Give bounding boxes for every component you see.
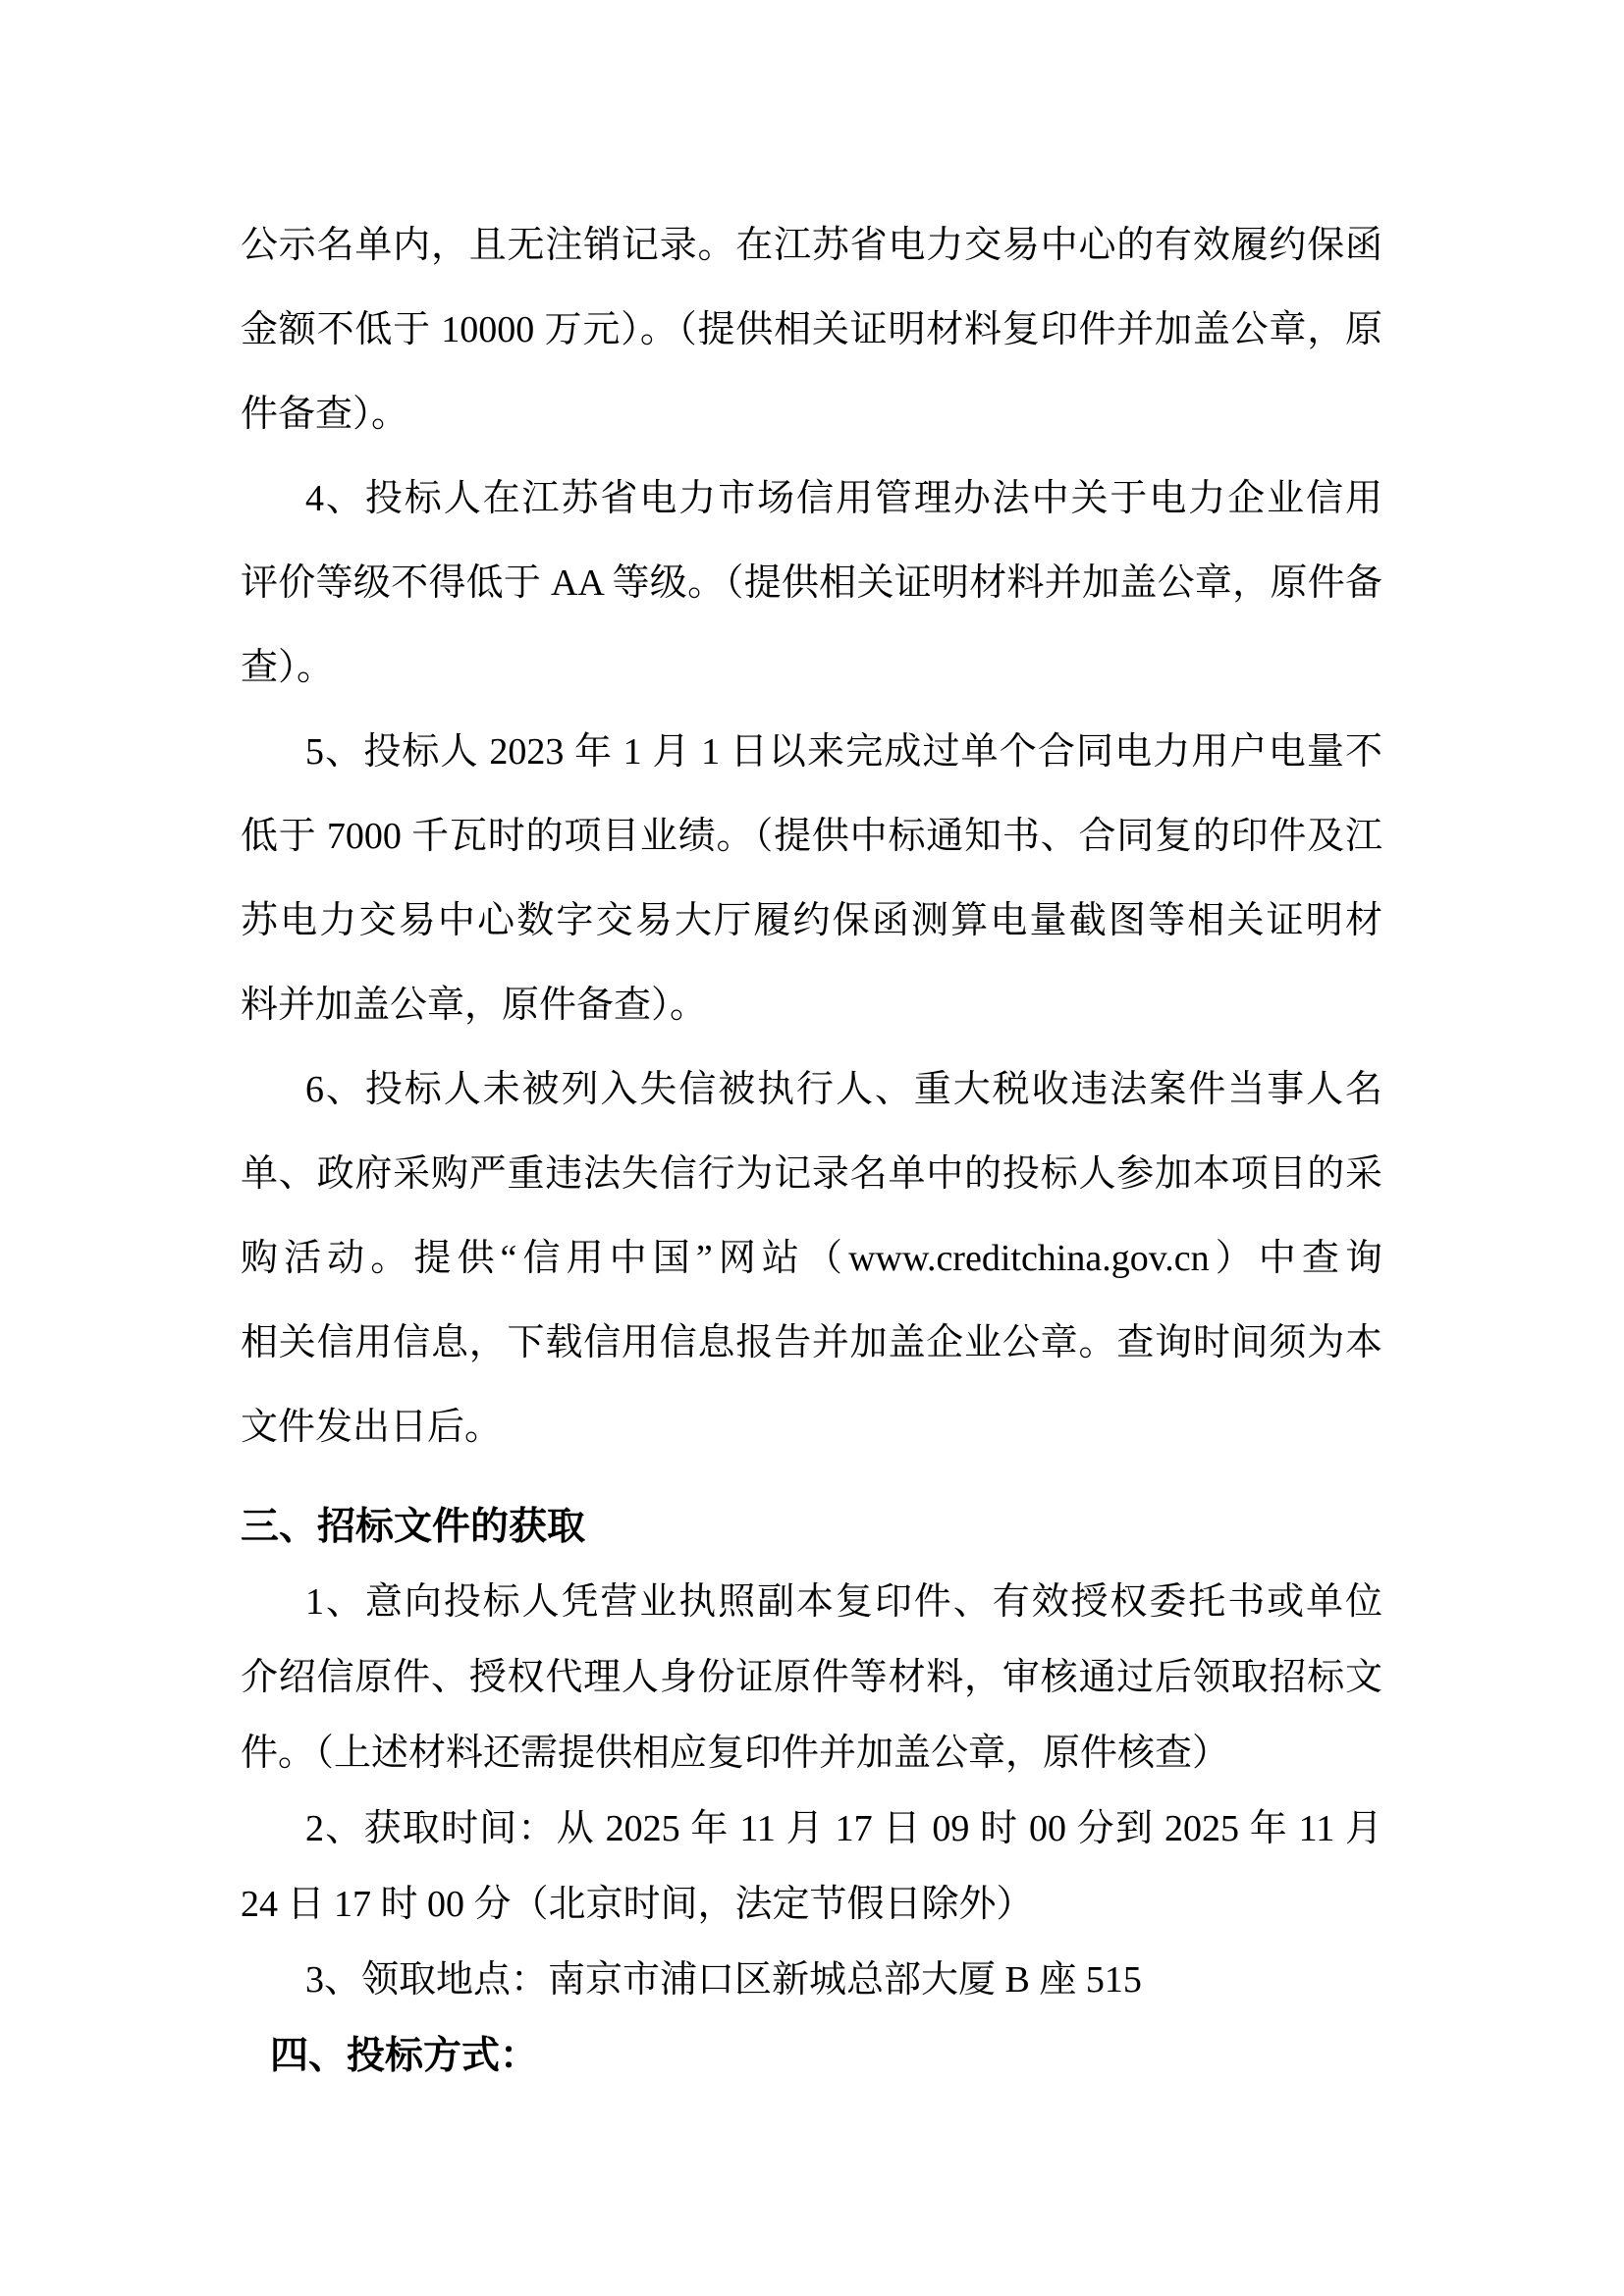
doc-line: 6、投标人未被列入失信被执行人、重大税收违法案件当事人名 [241, 1047, 1382, 1132]
doc-line: 评价等级不得低于 AA 等级。（提供相关证明材料并加盖公章，原件备 [241, 541, 1382, 625]
doc-line: 4、投标人在江苏省电力市场信用管理办法中关于电力企业信用 [241, 456, 1382, 541]
doc-line: 5、投标人 2023 年 1 月 1 日以来完成过单个合同电力用户电量不 [241, 710, 1382, 794]
doc-line: 24 日 17 时 00 分（北京时间，法定节假日除外） [241, 1867, 1382, 1943]
doc-line: 低于 7000 千瓦时的项目业绩。（提供中标通知书、合同复的印件及江 [241, 794, 1382, 879]
doc-line: 公示名单内，且无注销记录。在江苏省电力交易中心的有效履约保函 [241, 203, 1382, 288]
doc-line: 相关信用信息，下载信用信息报告并加盖企业公章。查询时间须为本 [241, 1301, 1382, 1385]
doc-line: 2、获取时间：从 2025 年 11 月 17 日 09 时 00 分到 202… [241, 1791, 1382, 1867]
doc-line: 件备查）。 [241, 372, 1382, 456]
section-heading-4: 四、投标方式： [241, 2018, 1382, 2094]
doc-line: 介绍信原件、授权代理人身份证原件等材料，审核通过后领取招标文 [241, 1640, 1382, 1716]
section-heading-3: 三、招标文件的获取 [241, 1489, 1382, 1565]
document-page: 公示名单内，且无注销记录。在江苏省电力交易中心的有效履约保函 金额不低于 100… [0, 0, 1624, 2296]
doc-line: 1、意向投标人凭营业执照副本复印件、有效授权委托书或单位 [241, 1565, 1382, 1640]
document-content: 公示名单内，且无注销记录。在江苏省电力交易中心的有效履约保函 金额不低于 100… [0, 0, 1624, 2094]
doc-line: 查）。 [241, 625, 1382, 710]
doc-line: 苏电力交易中心数字交易大厅履约保函测算电量截图等相关证明材 [241, 879, 1382, 963]
doc-line: 文件发出日后。 [241, 1385, 1382, 1469]
doc-line: 购活动。提供“信用中国”网站（www.creditchina.gov.cn）中查… [241, 1216, 1382, 1301]
doc-line: 件。（上述材料还需提供相应复印件并加盖公章，原件核查） [241, 1716, 1382, 1791]
doc-line: 3、领取地点：南京市浦口区新城总部大厦 B 座 515 [241, 1943, 1382, 2018]
doc-line: 料并加盖公章，原件备查）。 [241, 963, 1382, 1047]
doc-line: 金额不低于 10000 万元）。（提供相关证明材料复印件并加盖公章，原 [241, 288, 1382, 372]
doc-line: 单、政府采购严重违法失信行为记录名单中的投标人参加本项目的采 [241, 1132, 1382, 1216]
